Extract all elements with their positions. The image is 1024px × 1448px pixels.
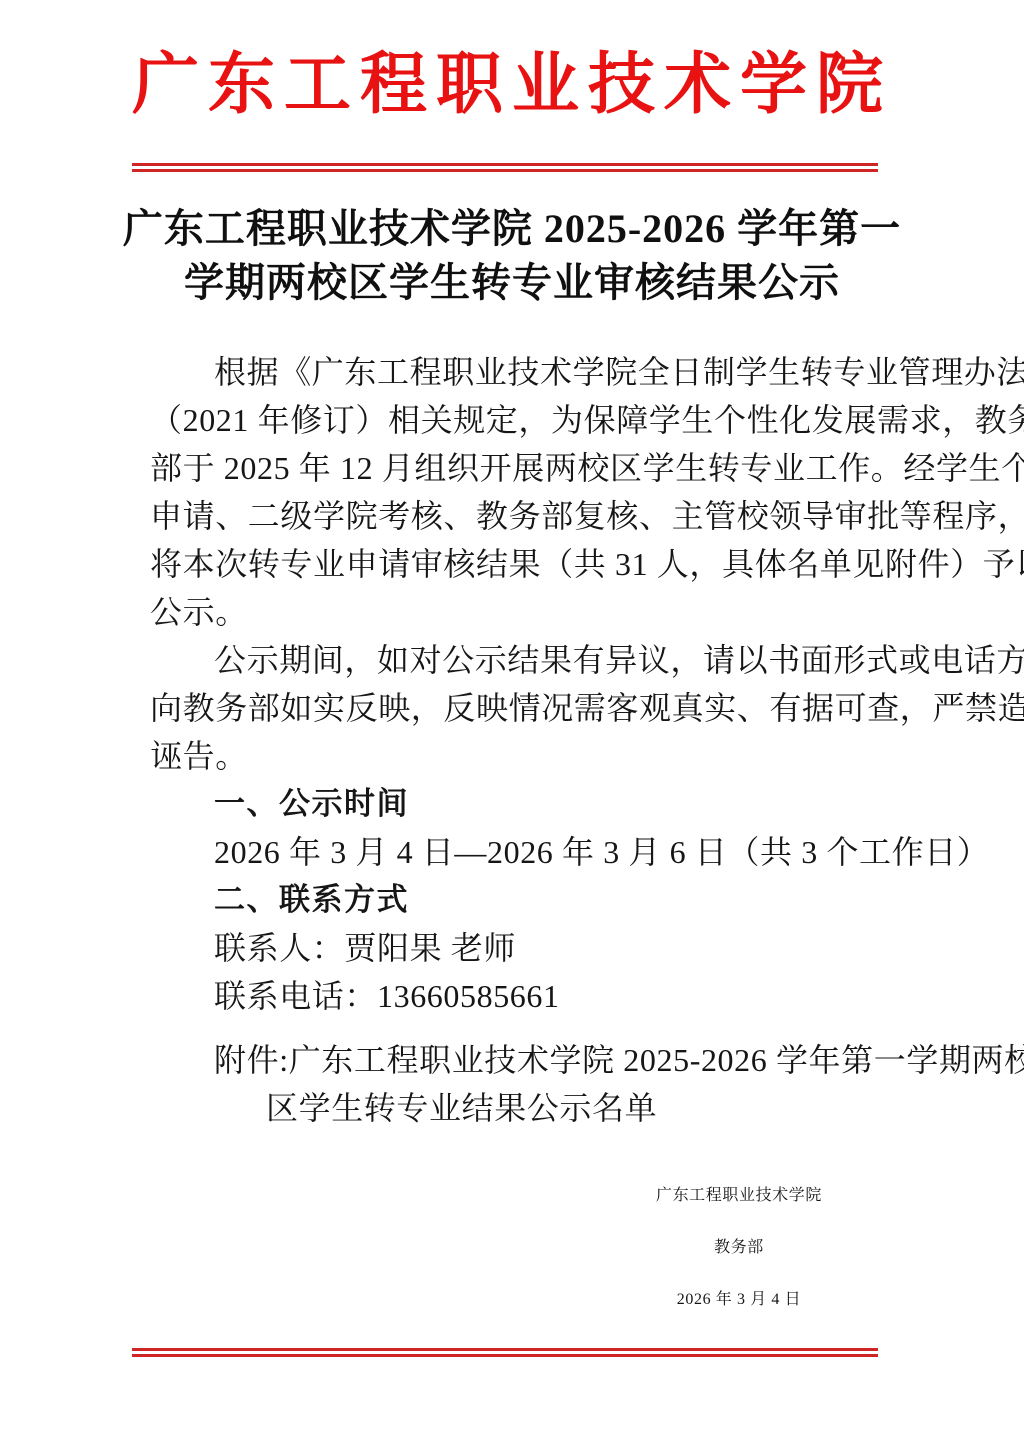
signature-date: 2026 年 3 月 4 日 [574, 1274, 904, 1326]
letterhead-divider [132, 163, 878, 172]
attachment-note: 附件:广东工程职业技术学院 2025-2026 学年第一学期两校 区学生转专业结… [150, 1036, 884, 1132]
title-line: 学期两校区学生转专业审核结果公示 [60, 256, 964, 310]
text-line: 向教务部如实反映，反映情况需客观真实、有据可查，严禁造谣 [150, 684, 884, 732]
contact-person: 联系人：贾阳果 老师 [150, 924, 884, 972]
text-line: 诬告。 [150, 732, 884, 780]
attachment-line: 附件:广东工程职业技术学院 2025-2026 学年第一学期两校 [150, 1036, 884, 1084]
text-line: 申请、二级学院考核、教务部复核、主管校领导审批等程序，现 [150, 492, 884, 540]
document-title: 广东工程职业技术学院 2025-2026 学年第一 学期两校区学生转专业审核结果… [60, 202, 964, 310]
text-line: 将本次转专业申请审核结果（共 31 人，具体名单见附件）予以 [150, 540, 884, 588]
footer-divider [132, 1348, 878, 1357]
attachment-line: 区学生转专业结果公示名单 [266, 1084, 884, 1132]
divider-line [132, 163, 878, 166]
paragraph-1: 根据《广东工程职业技术学院全日制学生转专业管理办法》 （2021 年修订）相关规… [150, 348, 884, 636]
text-line: 部于 2025 年 12 月组织开展两校区学生转专业工作。经学生个人 [150, 444, 884, 492]
letterhead: 广东工程职业技术学院 [0, 0, 1024, 172]
title-line: 广东工程职业技术学院 2025-2026 学年第一 [60, 202, 964, 256]
signature-dept: 教务部 [574, 1222, 904, 1274]
section-publicity-period: 一、公示时间 2026 年 3 月 4 日—2026 年 3 月 6 日（共 3… [150, 780, 884, 876]
letterhead-school-name: 广东工程职业技术学院 [0, 0, 1024, 125]
text-line: 公示。 [150, 588, 884, 636]
document-page: 广东工程职业技术学院 广东工程职业技术学院 2025-2026 学年第一 学期两… [0, 0, 1024, 1448]
text-line: 根据《广东工程职业技术学院全日制学生转专业管理办法》 [150, 348, 884, 396]
section-heading: 二、联系方式 [150, 876, 884, 924]
paragraph-2: 公示期间，如对公示结果有异议，请以书面形式或电话方式 向教务部如实反映，反映情况… [150, 636, 884, 780]
divider-line [132, 1354, 878, 1357]
signature-block: 广东工程职业技术学院 教务部 2026 年 3 月 4 日 [574, 1170, 904, 1326]
section-contact: 二、联系方式 联系人：贾阳果 老师 联系电话：13660585661 [150, 876, 884, 1020]
divider-line [132, 169, 878, 172]
signature-org: 广东工程职业技术学院 [574, 1170, 904, 1222]
divider-line [132, 1348, 878, 1351]
contact-phone: 联系电话：13660585661 [150, 972, 884, 1020]
text-line: 公示期间，如对公示结果有异议，请以书面形式或电话方式 [150, 636, 884, 684]
document-body: 根据《广东工程职业技术学院全日制学生转专业管理办法》 （2021 年修订）相关规… [150, 348, 884, 1132]
section-heading: 一、公示时间 [150, 780, 884, 828]
text-line: （2021 年修订）相关规定，为保障学生个性化发展需求，教务 [150, 396, 884, 444]
publicity-period-text: 2026 年 3 月 4 日—2026 年 3 月 6 日（共 3 个工作日） [150, 828, 884, 876]
